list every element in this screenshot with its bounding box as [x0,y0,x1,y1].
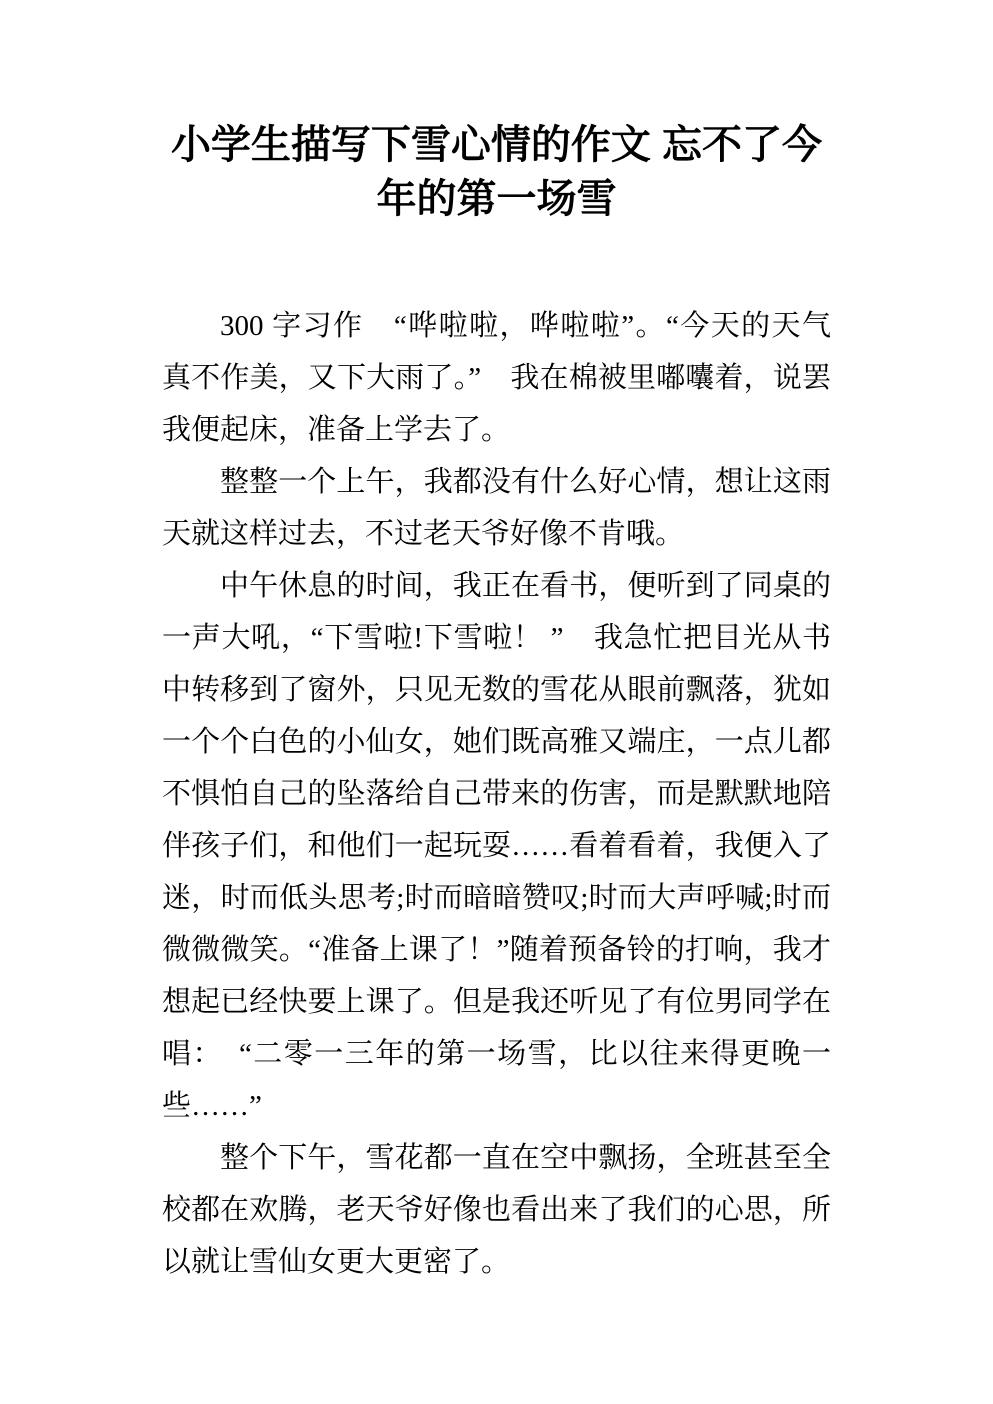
paragraph-morning: 整整一个上午，我都没有什么好心情，想让这雨天就这样过去，不过老天爷好像不肯哦。 [162,456,831,560]
paragraph-intro: 300 字习作 “哗啦啦，哗啦啦”。“今天的天气真不作美，又下大雨了。” 我在棉… [162,300,831,456]
document-page: 小学生描写下雪心情的作文 忘不了今年的第一场雪 300 字习作 “哗啦啦，哗啦啦… [0,0,993,1404]
document-title: 小学生描写下雪心情的作文 忘不了今年的第一场雪 [162,118,831,226]
paragraph-afternoon: 整个下午，雪花都一直在空中飘扬，全班甚至全校都在欢腾，老天爷好像也看出来了我们的… [162,1132,831,1288]
paragraph-noon-snow: 中午休息的时间，我正在看书，便听到了同桌的一声大吼，“下雪啦!下雪啦！ ” 我急… [162,560,831,1132]
document-body: 300 字习作 “哗啦啦，哗啦啦”。“今天的天气真不作美，又下大雨了。” 我在棉… [162,300,831,1288]
